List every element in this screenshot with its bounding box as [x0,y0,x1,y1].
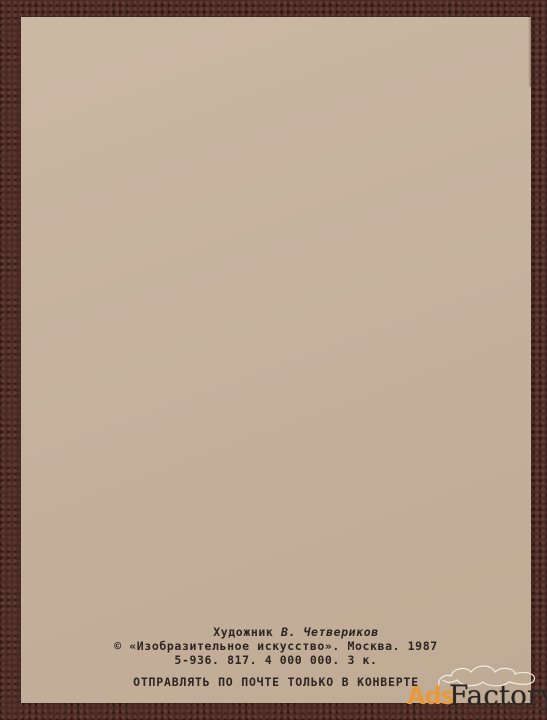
adsfactory-watermark: Ads Factory [405,660,545,716]
watermark-factory-text: Factory [449,679,547,712]
artist-prefix: Художник [213,625,273,639]
artist-name: В. Четвериков [281,625,379,639]
artist-credit: Художник В. Четвериков [21,625,531,639]
card-edge-curl [528,17,531,87]
postcard-back: Художник В. Четвериков © «Изобразительно… [21,17,531,703]
watermark-ads-text: Ads [407,682,454,710]
copyright-line: © «Изобразительное искусство». Москва. 1… [21,639,531,653]
